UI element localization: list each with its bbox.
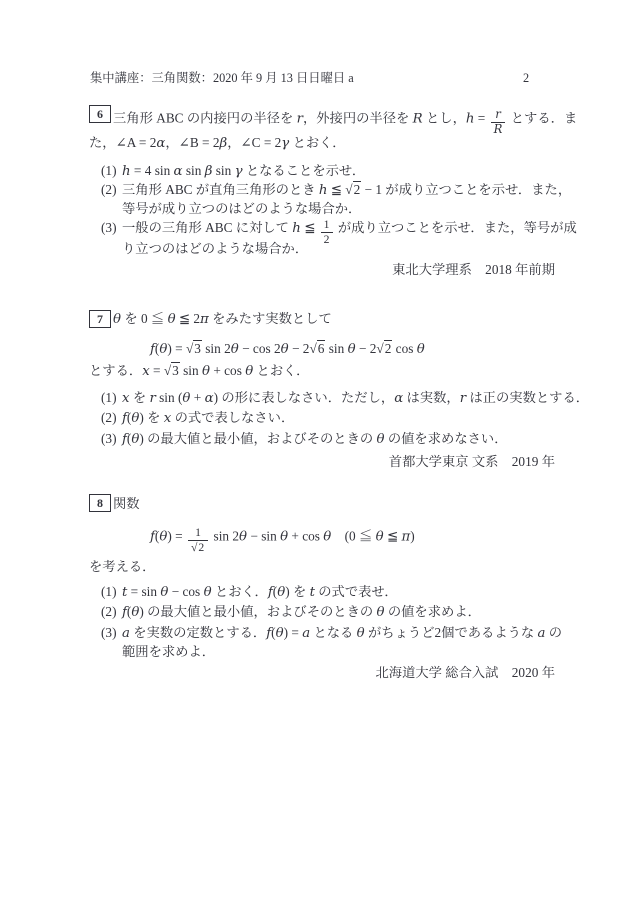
- problem-6-item-3-text: 一般の三角形 ABC に対して h ≦ 12 が成り立つことを示せ．また，等号が…: [122, 220, 577, 235]
- problem-8-item-3: (3)a を実数の定数とする．f(θ) = a となる θ がちょうど2個である…: [101, 624, 562, 642]
- problem-8-item-3-continuation: 範囲を求めよ．: [122, 643, 215, 660]
- document-page: 集中講座：三角関数：2020 年 9 月 13 日日曜日 a 2 6 三角形 A…: [0, 0, 637, 904]
- problem-8-item-1-label: (1): [101, 583, 122, 600]
- problem-7-item-1-label: (1): [101, 389, 122, 406]
- problem-8-intro-line-1: 関数: [113, 495, 140, 512]
- problem-8-item-3-text: a を実数の定数とする．f(θ) = a となる θ がちょうど2個であるような…: [122, 625, 562, 640]
- problem-7-item-2: (2)f(θ) を x の式で表しなさい．: [101, 409, 294, 427]
- problem-6-intro-line-1: 三角形 ABC の内接円の半径を r，外接円の半径を R とし，h = rR と…: [113, 108, 577, 137]
- problem-6-item-2-continuation: 等号が成り立つのはどのような場合か．: [122, 200, 361, 217]
- problem-6-intro-line-2: た，∠A = 2α，∠B = 2β，∠C = 2γ とおく．: [89, 134, 346, 152]
- problem-7-item-3: (3)f(θ) の最大値と最小値，およびそのときの θ の値を求めなさい．: [101, 430, 508, 448]
- problem-7-item-2-label: (2): [101, 409, 122, 426]
- problem-6-item-2-text: 三角形 ABC が直角三角形のとき h ≦ √2 − 1 が成り立つことを示せ．…: [122, 182, 571, 197]
- problem-6-source: 東北大学理系 2018 年前期: [392, 261, 555, 278]
- problem-7-item-3-text: f(θ) の最大値と最小値，およびそのときの θ の値を求めなさい．: [122, 431, 508, 446]
- problem-7-intro-line-1: θ を 0 ≦ θ ≦ 2π をみたす実数として: [113, 310, 332, 328]
- problem-6-item-1-text: h = 4 sin α sin β sin γ となることを示せ．: [122, 163, 365, 178]
- problem-8-item-2: (2)f(θ) の最大値と最小値，およびそのときの θ の値を求めよ．: [101, 603, 481, 621]
- problem-8-display-equation: f(θ) = 1√2 sin 2θ − sin θ + cos θ (0 ≦ θ…: [150, 526, 415, 555]
- problem-7-source: 首都大学東京 文系 2019 年: [389, 453, 555, 470]
- problem-8-item-2-text: f(θ) の最大値と最小値，およびそのときの θ の値を求めよ．: [122, 604, 481, 619]
- problem-6-item-2-label: (2): [101, 181, 122, 198]
- problem-6-item-3-label: (3): [101, 219, 122, 236]
- problem-8-item-1-text: t = sin θ − cos θ とおく．f(θ) を t の式で表せ．: [122, 584, 398, 599]
- problem-8-source: 北海道大学 総合入試 2020 年: [375, 664, 555, 681]
- problem-8-item-2-label: (2): [101, 603, 122, 620]
- problem-6-item-2: (2)三角形 ABC が直角三角形のとき h ≦ √2 − 1 が成り立つことを…: [101, 181, 571, 199]
- problem-7-item-2-text: f(θ) を x の式で表しなさい．: [122, 410, 294, 425]
- problem-7-display-equation: f(θ) = √3 sin 2θ − cos 2θ − 2√6 sin θ − …: [150, 340, 425, 358]
- problem-7-item-3-label: (3): [101, 430, 122, 447]
- problem-6-item-3-continuation: り立つのはどのような場合か．: [122, 240, 308, 257]
- problem-6-item-1-label: (1): [101, 162, 122, 179]
- problem-8-item-3-label: (3): [101, 624, 122, 641]
- problem-7-number-badge: 7: [89, 310, 111, 328]
- page-header-title: 集中講座：三角関数：2020 年 9 月 13 日日曜日 a: [90, 70, 354, 87]
- problem-7-item-1-text: x を r sin (θ + α) の形に表しなさい．ただし，α は実数，r は…: [122, 390, 589, 405]
- problem-7-item-1: (1)x を r sin (θ + α) の形に表しなさい．ただし，α は実数，…: [101, 389, 589, 407]
- problem-6-item-1: (1)h = 4 sin α sin β sin γ となることを示せ．: [101, 162, 365, 180]
- page-number: 2: [523, 70, 529, 87]
- problem-8-number-badge: 8: [89, 494, 111, 512]
- problem-8-item-1: (1)t = sin θ − cos θ とおく．f(θ) を t の式で表せ．: [101, 583, 398, 601]
- problem-8-intro-line-2: を考える．: [89, 558, 155, 575]
- problem-7-intro-line-2: とする．x = √3 sin θ + cos θ とおく．: [89, 362, 309, 380]
- problem-6-number-badge: 6: [89, 105, 111, 123]
